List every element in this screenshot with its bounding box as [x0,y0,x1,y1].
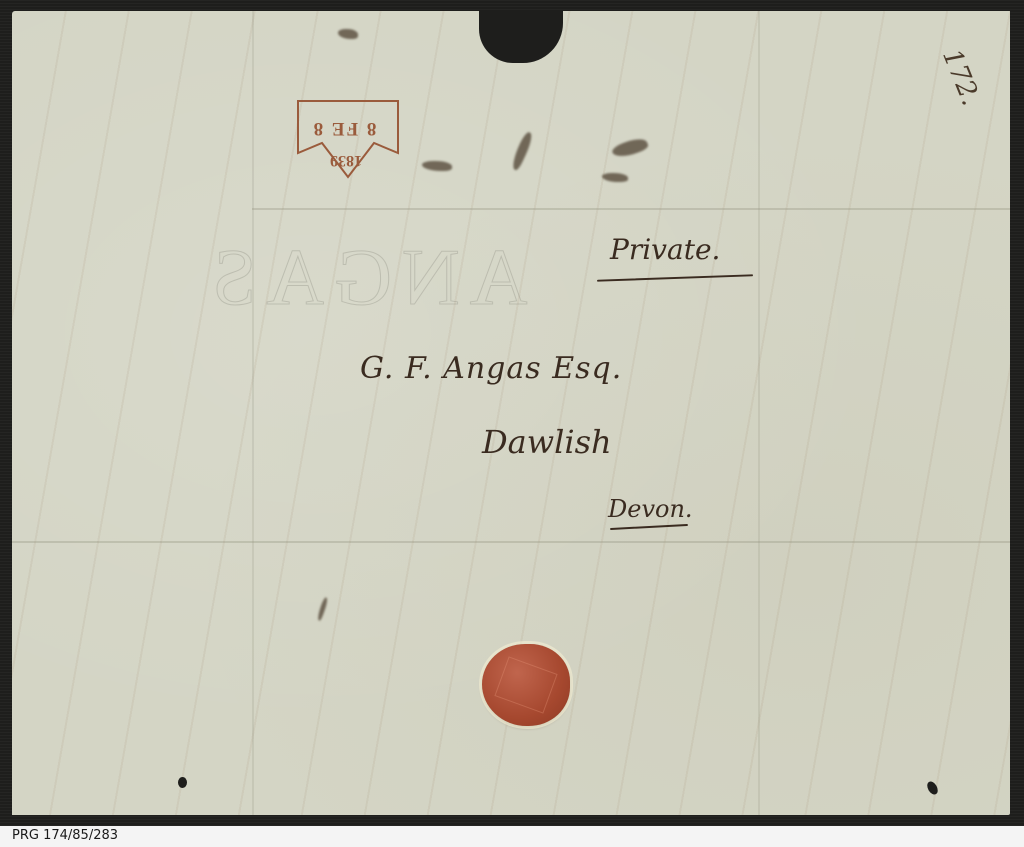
address-town: Dawlish [482,423,612,461]
postmark-date: 8 FE 8 [304,117,384,139]
fold-line [252,11,254,815]
wax-seal [482,644,570,726]
fold-line [252,208,1010,210]
watermark-text: ANGAS [202,233,528,324]
caption-bar: PRG 174/85/283 [0,826,1024,847]
addressee-name: G. F. Angas Esq. [360,351,622,386]
postmark-frame-icon [292,99,404,183]
ink-smudge [316,597,329,621]
ink-smudge [611,135,650,160]
ink-smudge [602,173,628,182]
archive-reference: PRG 174/85/283 [12,828,118,843]
ink-smudge [509,131,535,171]
postmark-year: 1839 [316,151,376,169]
torn-notch [479,11,563,63]
private-underline [597,274,753,281]
private-annotation: Private. [610,233,720,266]
fold-line [12,541,1010,543]
paper-hole [925,780,940,797]
catalogue-number: 172. [936,45,986,110]
county-underline [610,524,688,530]
ink-smudge [422,161,452,171]
letter-cover: ANGAS 1839 8 FE 8 172. Private. G. F. An… [12,11,1010,815]
paper-hole [178,777,187,788]
fold-line [758,11,760,815]
postmark-stamp: 1839 8 FE 8 [292,99,404,183]
ink-smudge [338,29,358,39]
address-county: Devon. [608,495,693,523]
